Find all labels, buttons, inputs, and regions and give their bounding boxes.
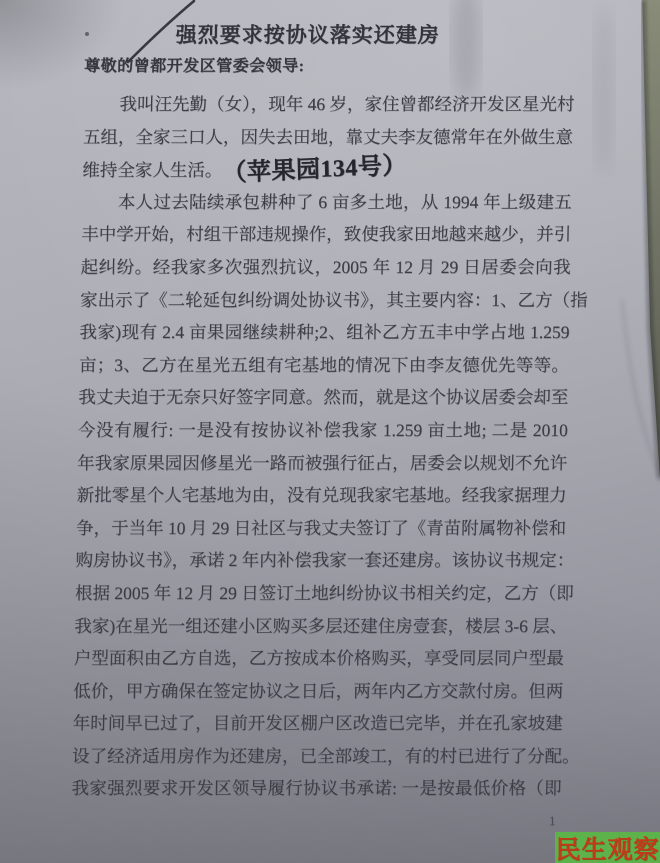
watermark-minsheng-guancha: 民生观察 [555, 832, 660, 863]
document-line: 维持全家人生活。（苹果园134号） [82, 153, 573, 186]
document-line: 家出示了《二轮延包纠纷调处协议书》，其主要内容：1、乙方（指 [80, 284, 571, 317]
document-line: 我丈夫迫于无奈只好签字同意。然而，就是这个协议居委会却至 [78, 381, 569, 414]
document-line: 低价，甲方确保在签定协议之日后，两年内乙方交款付房。但两 [73, 675, 564, 708]
document-line: 户型面积由乙方自选，乙方按成本价格购买，享受同层同户型最 [74, 642, 565, 675]
handwritten-note: （苹果园134号） [222, 150, 407, 191]
document-line: 今没有履行: 一是没有按协议补偿我家 1.259 亩土地; 二是 2010 [78, 414, 569, 447]
document-line: 年我家原果园因修星光一路而被强行征占，居委会以规划不允许 [77, 447, 568, 480]
document-line: 根据 2005 年 12 月 29 日签订土地纠纷协议书相关约定，乙方（即 [75, 577, 566, 610]
document-line: 本人过去陆续承包耕种了 6 亩多土地，从 1994 年上级建五 [82, 186, 573, 219]
document-line: 设了经济适用房作为还建房，已全部竣工，有的村已进行了分配。 [72, 740, 563, 773]
photographed-document: 强烈要求按协议落实还建房 尊敬的曾都开发区管委会领导: 我叫汪先勤（女），现年 … [0, 0, 660, 863]
body-paragraphs: 我叫汪先勤（女），现年 46 岁，家住曾都经济开发区星光村 五组，全家三口人，因… [71, 88, 574, 805]
document-line: 丰中学开始，村组干部违规操作，致使我家田地越来越少，并引 [81, 218, 572, 251]
document-title: 强烈要求按协议落实还建房 [84, 18, 575, 52]
document-line: 我家)在星光一组还建小区购买多层还建住房壹套，楼层 3-6 层、 [74, 610, 565, 643]
document-line: 我叫汪先勤（女），现年 46 岁，家住曾都经济开发区星光村 [83, 88, 574, 121]
document-line: 五组，全家三口人，因失去田地，靠丈夫李友德常年在外做生意 [83, 121, 574, 154]
letter-body: 强烈要求按协议落实还建房 尊敬的曾都开发区管委会领导: 我叫汪先勤（女），现年 … [71, 18, 575, 805]
document-line: 年时间早已过了，目前开发区棚户区改造已完毕，并在孔家坡建 [72, 707, 563, 740]
document-line-text: 维持全家人生活。 [82, 160, 222, 180]
document-line: 亩；3、乙方在星光五组有宅基地的情况下由李友德优先等等。 [79, 349, 570, 382]
document-line: 购房协议书》，承诺 2 年内补偿我家一套还建房。该协议书规定： [75, 544, 566, 577]
salutation-line: 尊敬的曾都开发区管委会领导: [84, 52, 575, 82]
document-line: 我家)现有 2.4 亩果园继续耕种;2、组补乙方五丰中学占地 1.259 [79, 316, 570, 349]
document-line: 争，于当年 10 月 29 日社区与我丈夫签订了《青苗附属物补偿和 [76, 512, 567, 545]
document-line: 新批零星个人宅基地为由，没有兑现我家宅基地。经我家据理力 [76, 479, 567, 512]
page-number: 1 [549, 813, 556, 829]
document-line: 我家强烈要求开发区领导履行协议书承诺: 一是按最低价格（即 [71, 772, 562, 805]
document-line: 起纠纷。经我家多次强烈抗议，2005 年 12 月 29 日居委会向我 [80, 251, 571, 284]
